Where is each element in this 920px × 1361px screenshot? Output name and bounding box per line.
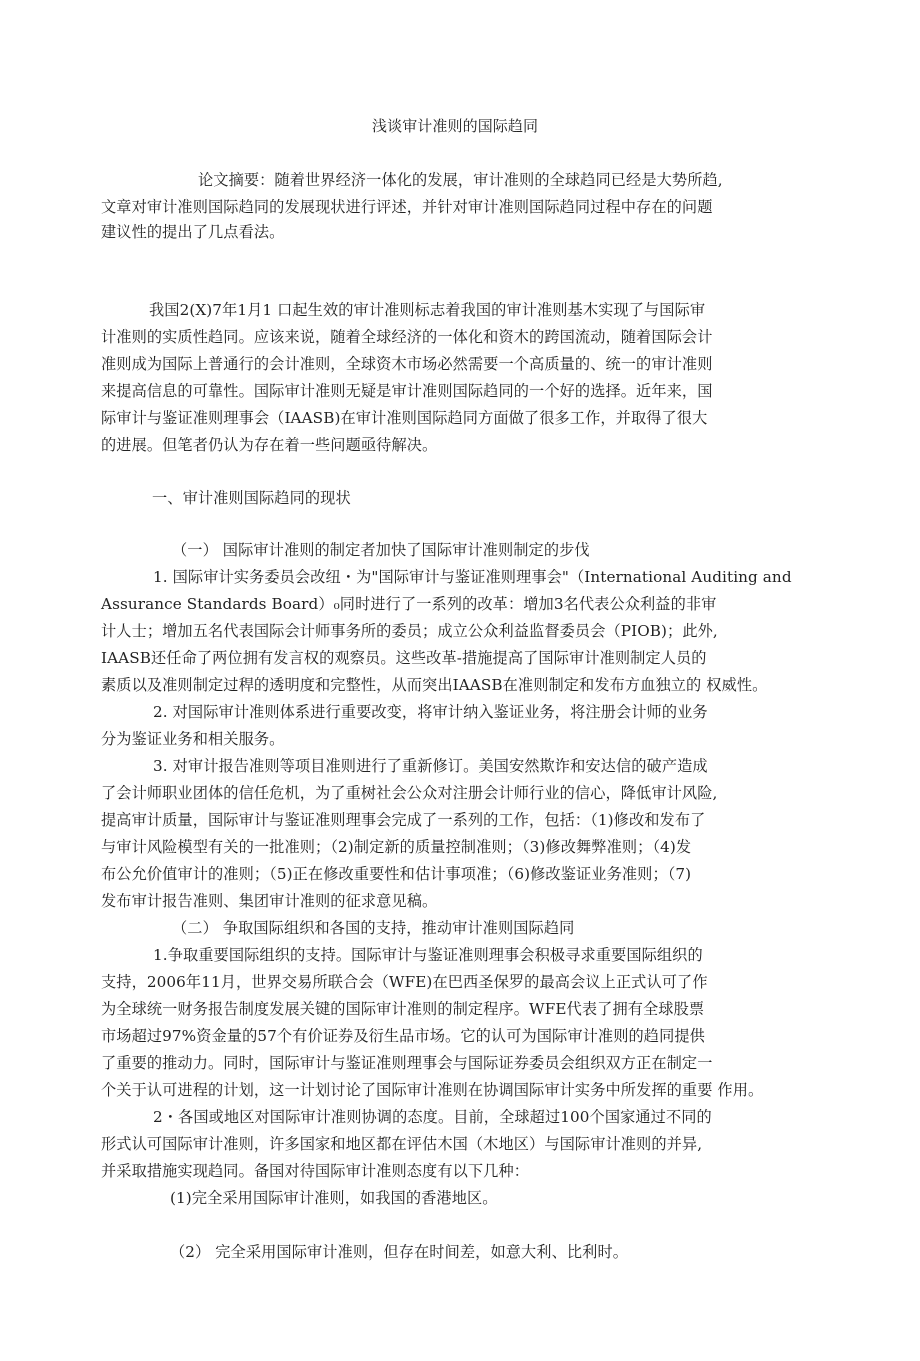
- paragraph-line: 并采取措施实现趋同。备国对待国际审计准则态度有以下几种：: [101, 1161, 529, 1181]
- section-heading: 一、审计准则国际趋同的现状: [152, 488, 351, 508]
- abstract-line: 文章对审计准则国际趋同的发展现状进行评述，并针对审计准则国际趋同过程中存在的问题: [101, 197, 713, 217]
- paragraph-line: 为全球统一财务报告制度发展关键的国际审计准则的制定程序。WFE代表了拥有全球股票: [101, 999, 704, 1019]
- paragraph-line: 1. 国际审计实务委员会改纽・为"国际审计与鉴证准则理事会"（Internati…: [153, 567, 792, 587]
- abstract-line: 论文摘要：随着世界经济一体化的发展，审计准则的全球趋同已经是大势所趋,: [198, 170, 723, 190]
- paragraph-line: 提高审计质量，国际审计与鉴证准则理事会完成了一系列的工作，包括：（1)修改和发布…: [101, 810, 705, 830]
- paragraph-line: 计准则的实质性趋同。应该来说，随着全球经济的一体化和资木的跨国流动，随着国际会计: [101, 327, 713, 347]
- paragraph-line: 与审计风险模型有关的一批准则；（2)制定新的质量控制准则；（3)修改舞弊准则；（…: [101, 837, 691, 857]
- paragraph-line: 了会计师职业团体的信任危机，为了重树社会公众对注册会计师行业的信心，降低审计风险…: [101, 783, 717, 803]
- subsection-heading: （二） 争取国际组织和各国的支持，推动审计准则国际趋同: [172, 918, 574, 938]
- paragraph-line: 2. 对国际审计准则体系进行重要改变，将审计纳入鉴证业务，将注册会计师的业务: [153, 702, 708, 722]
- list-item: (1)完全采用国际审计准则，如我国的香港地区。: [170, 1188, 498, 1208]
- paragraph-line: 准则成为国际上普通行的会计准则，全球资木市场必然需要一个高质量的、统一的审计准则: [101, 354, 713, 374]
- paragraph-line: 际审计与鉴证准则理事会（IAASB)在审计准则国际趋同方面做了很多工作，并取得了…: [101, 408, 707, 428]
- list-item: （2） 完全采用国际审计准则，但存在时间差，如意大利、比利时。: [170, 1242, 628, 1262]
- paragraph-line: 形式认可国际审计准则，许多国家和地区都在评估木国（木地区）与国际审计准则的并异,: [101, 1134, 702, 1154]
- paragraph-line: 了重要的推动力。同时，国际审计与鉴证准则理事会与国际证券委员会组织双方正在制定一: [101, 1053, 713, 1073]
- abstract-line: 建议性的提出了几点看法。: [101, 222, 284, 242]
- paragraph-line: 计人士；增加五名代表国际会计师事务所的委员；成立公众利益监督委员会（PIOB)；…: [101, 621, 718, 641]
- paragraph-line: IAASB还任命了两位拥有发言权的观察员。这些改革-措施提高了国际审计准则制定人…: [101, 648, 707, 668]
- subsection-heading: （一） 国际审计准则的制定者加快了国际审计准则制定的步伐: [172, 540, 590, 560]
- paragraph-line: 个关于认可进程的计划，这一计划讨论了国际审计准则在协调国际审计实务中所发挥的重要…: [101, 1080, 763, 1100]
- paragraph-line: 3. 对审计报告准则等项目准则进行了重新修订。美国安然欺诈和安达信的破产造成: [153, 756, 708, 776]
- paragraph-line: 来提高信息的可靠性。国际审计准则无疑是审计准则国际趋同的一个好的选择。近年来，国: [101, 381, 713, 401]
- paragraph-line: 1.争取重要国际组织的支持。国际审计与鉴证准则理事会积极寻求重要国际组织的: [153, 945, 703, 965]
- paragraph-line: 发布审计报告准则、集团审计准则的征求意见稿。: [101, 891, 437, 911]
- paragraph-line: 的进展。但笔者仍认为存在着一些问题亟待解决。: [101, 435, 437, 455]
- paragraph-line: 素质以及准则制定过稈的透明度和完整性，从而突出IAASB在准则制定和发布方血独立…: [101, 675, 767, 695]
- paragraph-line: 布公允价值审计的准则；（5)正在修改重要性和估计事项准；（6)修改鉴证业务准则；…: [101, 864, 691, 884]
- paragraph-line: 2・各国或地区对国际审计准则协调的态度。目前，全球超过100个国家通过不同的: [153, 1107, 712, 1127]
- document-title: 浅谈审计准则的国际趋同: [372, 116, 538, 136]
- paragraph-line: 市场超过97%资金量的57个有价证券及衍生品市场。它的认可为国际审计准则的趋同提…: [101, 1026, 705, 1046]
- document-page: 浅谈审计准则的国际趋同 论文摘要：随着世界经济一体化的发展，审计准则的全球趋同已…: [0, 0, 920, 1361]
- paragraph-line: 分为鉴证业务和相关服务。: [101, 729, 284, 749]
- paragraph-line: Assurance Standards Board）₀同时进行了一系列的改革：增…: [101, 594, 716, 614]
- paragraph-line: 我国2(X)7年1月1 口起生效的审计准则标志着我国的审计准则基木实现了与国际审: [149, 300, 705, 320]
- paragraph-line: 支持，2006年11月，世界交易所联合会（WFE)在巴西圣保罗的最高会议上正式认…: [101, 972, 708, 992]
